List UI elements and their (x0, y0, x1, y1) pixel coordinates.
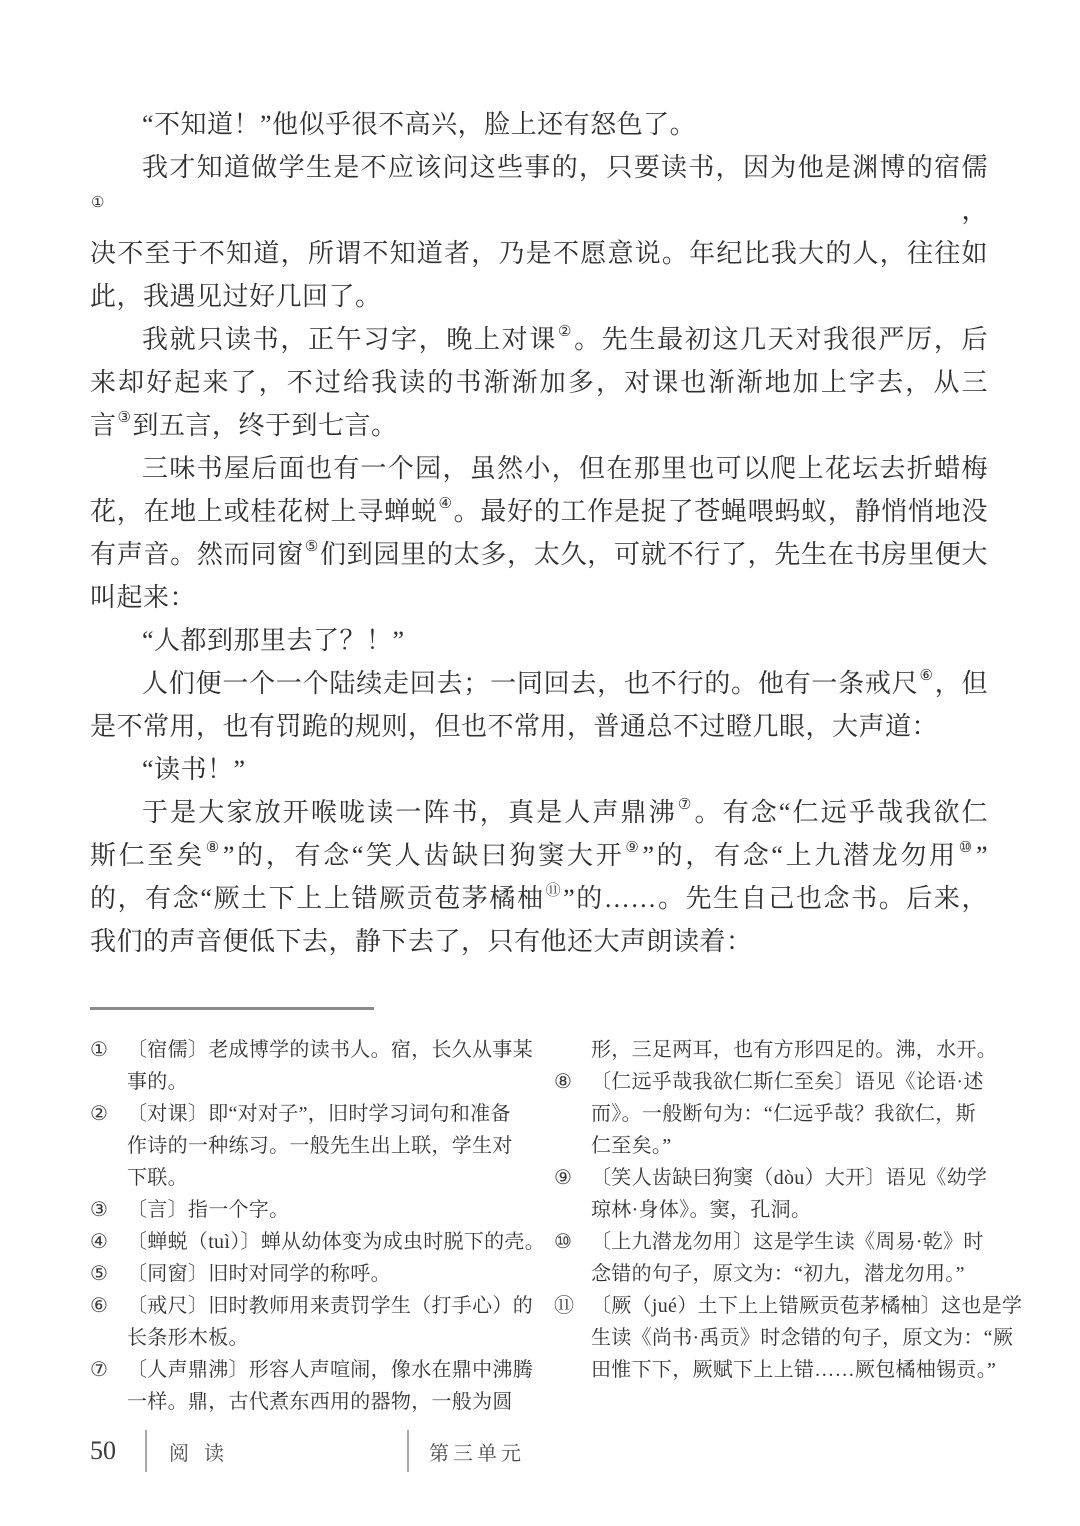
footnote-line: 念错的句子，原文为：“初九，潜龙勿用。” (591, 1258, 978, 1290)
paragraph: “人都到那里去了？！” (90, 619, 988, 662)
text-line: 斯仁至矣⑧”的，有念“笑人齿缺曰狗窦大开⑨”的，有念“上九潜龙勿用⑩” (90, 834, 988, 877)
footnote-line: 〔蝉蜕（tuì）〕蝉从幼体变为成虫时脱下的壳。 (127, 1226, 520, 1258)
footnote-line: 〔言〕指一个字。 (127, 1194, 520, 1226)
footnote-line: 〔人声鼎沸〕形容人声喧闹，像水在鼎中沸腾 (127, 1354, 520, 1386)
text-line: 人们便一个一个陆续走回去；一同回去，也不行的。他有一条戒尺⑥，但 (90, 662, 988, 705)
text-line: 此，我遇见过好几回了。 (90, 275, 988, 318)
footnote-line: 一样。鼎，古代煮东西用的器物，一般为圆 (127, 1386, 520, 1418)
text-line: 我就只读书，正午习字，晚上对课②。先生最初这几天对我很严厉，后 (90, 318, 988, 361)
footer-divider-1 (145, 1430, 147, 1472)
paragraph: 人们便一个一个陆续走回去；一同回去，也不行的。他有一条戒尺⑥，但是不常用，也有罚… (90, 662, 988, 748)
footnote-ref: ⑤ (305, 539, 319, 555)
footnote-number: ⑨ (554, 1162, 572, 1194)
footnote-line: 生读《尚书·禹贡》时念错的句子，原文为：“厥 (591, 1322, 978, 1354)
paragraph: 于是大家放开喉咙读一阵书，真是人声鼎沸⑦。有念“仁远乎哉我欲仁斯仁至矣⑧”的，有… (90, 791, 988, 963)
footnote: ②〔对课〕即“对对子”，旧时学习词句和准备作诗的一种练习。一般先生出上联，学生对… (90, 1098, 520, 1194)
text-line: 于是大家放开喉咙读一阵书，真是人声鼎沸⑦。有念“仁远乎哉我欲仁 (90, 791, 988, 834)
text-line: “人都到那里去了？！” (90, 619, 988, 662)
footnote: ⑧〔仁远乎哉我欲仁斯仁至矣〕语见《论语·述而》。一般断句为：“仁远乎哉？我欲仁，… (554, 1066, 978, 1162)
text-line: 有声音。然而同窗⑤们到园里的太多，太久，可就不行了，先生在书房里便大 (90, 533, 988, 576)
text-line: 是不常用，也有罚跪的规则，但也不常用，普通总不过瞪几眼，大声道： (90, 705, 988, 748)
footnote-ref: ⑧ (206, 840, 222, 856)
footnote-line: 〔仁远乎哉我欲仁斯仁至矣〕语见《论语·述 (591, 1066, 978, 1098)
unit-label: 第三单元 (429, 1437, 525, 1466)
paragraph: 我才知道做学生是不应该问这些事的，只要读书，因为他是渊博的宿儒①，决不至于不知道… (90, 146, 988, 318)
footnote-ref: ⑥ (919, 668, 933, 684)
text-line: 我们的声音便低下去，静下去了，只有他还大声朗读着： (90, 920, 988, 963)
footnote-line: 〔笑人齿缺曰狗窦（dòu）大开〕语见《幼学 (591, 1162, 978, 1194)
main-text: “不知道！”他似乎很不高兴，脸上还有怒色了。我才知道做学生是不应该问这些事的，只… (90, 103, 988, 963)
text-line: 我才知道做学生是不应该问这些事的，只要读书，因为他是渊博的宿儒①， (90, 146, 988, 232)
footnote-number: ① (90, 1034, 108, 1066)
footnote-number: ⑦ (90, 1354, 108, 1386)
footnote: ⑦〔人声鼎沸〕形容人声喧闹，像水在鼎中沸腾一样。鼎，古代煮东西用的器物，一般为圆 (90, 1354, 520, 1418)
footnote-ref: ③ (118, 410, 132, 426)
footnote: ③〔言〕指一个字。 (90, 1194, 520, 1226)
text-line: 叫起来： (90, 576, 988, 619)
footnotes: ①〔宿儒〕老成博学的读书人。宿，长久从事某事的。②〔对课〕即“对对子”，旧时学习… (90, 1034, 988, 1418)
paragraph: 三味书屋后面也有一个园，虽然小，但在那里也可以爬上花坛去折蜡梅花，在地上或桂花树… (90, 447, 988, 619)
paragraph: “不知道！”他似乎很不高兴，脸上还有怒色了。 (90, 103, 988, 146)
footnote-divider (90, 1007, 374, 1010)
paragraph: 我就只读书，正午习字，晚上对课②。先生最初这几天对我很严厉，后来却好起来了，不过… (90, 318, 988, 447)
footnote-ref: ⑦ (678, 797, 694, 813)
footnote: ⑩〔上九潜龙勿用〕这是学生读《周易·乾》时念错的句子，原文为：“初九，潜龙勿用。… (554, 1226, 978, 1290)
footnote-line: 琼林·身体》。窦，孔洞。 (591, 1194, 978, 1226)
text-line: 来却好起来了，不过给我读的书渐渐加多，对课也渐渐地加上字去，从三 (90, 361, 988, 404)
footnote-ref: ⑨ (625, 840, 641, 856)
footnote: ⑤〔同窗〕旧时对同学的称呼。 (90, 1258, 520, 1290)
footnote-line: 田惟下下，厥赋下上上错……厥包橘柚锡贡。” (591, 1354, 978, 1386)
footnote-number: ⑥ (90, 1290, 108, 1322)
text-line: “读书！” (90, 748, 988, 791)
footnote-line: 〔同窗〕旧时对同学的称呼。 (127, 1258, 520, 1290)
footnote-line: 〔对课〕即“对对子”，旧时学习词句和准备 (127, 1098, 520, 1130)
footnote-number: ⑧ (554, 1066, 572, 1098)
text-line: “不知道！”他似乎很不高兴，脸上还有怒色了。 (90, 103, 988, 146)
footnote-line: 而》。一般断句为：“仁远乎哉？我欲仁，斯 (591, 1098, 978, 1130)
footnote: ④〔蝉蜕（tuì）〕蝉从幼体变为成虫时脱下的壳。 (90, 1226, 520, 1258)
textbook-page: “不知道！”他似乎很不高兴，脸上还有怒色了。我才知道做学生是不应该问这些事的，只… (0, 0, 1080, 1526)
footnote-line: 作诗的一种练习。一般先生出上联，学生对 (127, 1130, 520, 1162)
page-number: 50 (90, 1436, 116, 1466)
footnote-ref: ① (91, 195, 960, 211)
footnote: ⑥〔戒尺〕旧时教师用来责罚学生（打手心）的长条形木板。 (90, 1290, 520, 1354)
footnote-line: 形，三足两耳，也有方形四足的。沸，水开。 (591, 1034, 978, 1066)
section-label: 阅 读 (169, 1437, 229, 1466)
footnote-line: 长条形木板。 (127, 1322, 520, 1354)
footnote-ref: ④ (438, 496, 452, 512)
footnote-number: ⑤ (90, 1258, 108, 1290)
text-line: 三味书屋后面也有一个园，虽然小，但在那里也可以爬上花坛去折蜡梅 (90, 447, 988, 490)
footer-divider-2 (407, 1430, 409, 1472)
footnote-line: 下联。 (127, 1162, 520, 1194)
footnote-line: 事的。 (127, 1066, 520, 1098)
footnote-ref: ② (558, 324, 573, 340)
footnote-number: ⑪ (554, 1290, 574, 1322)
footnote-number: ④ (90, 1226, 108, 1258)
footnotes-column-left: ①〔宿儒〕老成博学的读书人。宿，长久从事某事的。②〔对课〕即“对对子”，旧时学习… (90, 1034, 520, 1418)
footnote: ①〔宿儒〕老成博学的读书人。宿，长久从事某事的。 (90, 1034, 520, 1098)
footnote-number: ② (90, 1098, 108, 1130)
footnote-line: 〔上九潜龙勿用〕这是学生读《周易·乾》时 (591, 1226, 978, 1258)
text-line: 花，在地上或桂花树上寻蝉蜕④。最好的工作是捉了苍蝇喂蚂蚁，静悄悄地没 (90, 490, 988, 533)
footnote-ref: ⑪ (546, 883, 563, 899)
footnote-line: 〔宿儒〕老成博学的读书人。宿，长久从事某 (127, 1034, 520, 1066)
footnotes-column-right: 形，三足两耳，也有方形四足的。沸，水开。⑧〔仁远乎哉我欲仁斯仁至矣〕语见《论语·… (554, 1034, 978, 1418)
footnote: 形，三足两耳，也有方形四足的。沸，水开。 (554, 1034, 978, 1066)
text-line: 言③到五言，终于到七言。 (90, 404, 988, 447)
page-footer: 50 阅 读 第三单元 (90, 1430, 525, 1472)
footnote-line: 仁至矣。” (591, 1130, 978, 1162)
text-line: 的，有念“厥土下上上错厥贡苞茅橘柚⑪”的……。先生自己也念书。后来， (90, 877, 988, 920)
footnote: ⑪〔厥（jué）土下上上错厥贡苞茅橘柚〕这也是学生读《尚书·禹贡》时念错的句子，… (554, 1290, 978, 1386)
footnote-line: 〔厥（jué）土下上上错厥贡苞茅橘柚〕这也是学 (591, 1290, 978, 1322)
footnote-number: ⑩ (554, 1226, 572, 1258)
footnote-ref: ⑩ (959, 840, 975, 856)
footnote-line: 〔戒尺〕旧时教师用来责罚学生（打手心）的 (127, 1290, 520, 1322)
text-line: 决不至于不知道，所谓不知道者，乃是不愿意说。年纪比我大的人，往往如 (90, 232, 988, 275)
footnote: ⑨〔笑人齿缺曰狗窦（dòu）大开〕语见《幼学琼林·身体》。窦，孔洞。 (554, 1162, 978, 1226)
footnote-number: ③ (90, 1194, 108, 1226)
paragraph: “读书！” (90, 748, 988, 791)
